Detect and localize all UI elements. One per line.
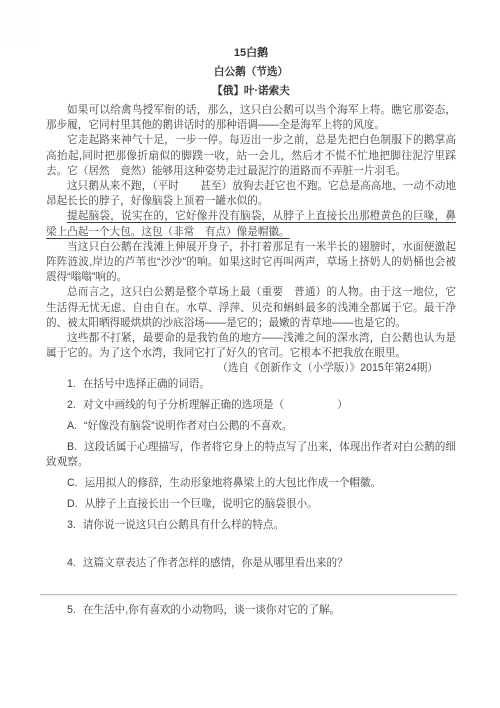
option-c: C.运用拟人的修辞，生动形象地将鼻梁上的大包比作成一个帽徽。 bbox=[46, 476, 456, 491]
question-text: 在括号中选择正确的词语。 bbox=[83, 378, 210, 390]
paragraph: 总而言之，这只白公鹅是整个草场上最（重要 普通）的人物。由于这一地位，它生活得无… bbox=[46, 285, 456, 331]
scan-corner-artifact bbox=[0, 0, 40, 46]
lesson-title: 15白鹅 bbox=[46, 46, 456, 61]
option-a: A.“好像没有脑袋”说明作者对白公鹅的不喜欢。 bbox=[46, 419, 456, 434]
article-subtitle: 白公鹅（节选） bbox=[46, 65, 456, 80]
paragraph: 这只鹅从来不跑，（平时 甚至）放狗去赶它也不跑。它总是高高地、一动不动地昂起长长… bbox=[46, 179, 456, 209]
question-5: 5.在生活中,你有喜欢的小动物吗，谈一谈你对它的了解。 bbox=[46, 603, 456, 618]
question-text: 请你说一说这只白公鹅具有什么样的特点。 bbox=[83, 519, 284, 531]
underlined-paragraph: 提起脑袋，说实在的，它好像并没有脑袋，从脖子上直接长出那橙黄色的巨喙，鼻梁上凸起… bbox=[46, 209, 456, 239]
question-text: 这篇文章表达了作者怎样的感情，你是从哪里看出来的？ bbox=[83, 557, 348, 569]
paragraph: 这些都不打紧，最要命的是我钓鱼的地方——浅滩之间的深水湾，白公鹅也认为是属于它的… bbox=[46, 331, 456, 361]
option-b: B.这段话属于心理描写，作者将它身上的特点写了出来，体现出作者对白公鹅的细致观察… bbox=[46, 440, 456, 470]
question-number: 1. bbox=[67, 378, 76, 390]
worksheet-page: 15白鹅 白公鹅（节选） 【俄】叶·诺索夫 如果可以给禽鸟授军衔的话，那么，这只… bbox=[0, 0, 500, 708]
option-letter: D. bbox=[67, 498, 78, 510]
question-4: 4.这篇文章表达了作者怎样的感情，你是从哪里看出来的？ bbox=[46, 556, 456, 571]
option-letter: C. bbox=[67, 477, 78, 489]
option-text: 从脖子上直接长出一个巨喙，说明它的脑袋很小。 bbox=[85, 498, 318, 510]
article-author: 【俄】叶·诺索夫 bbox=[46, 84, 456, 99]
paragraph: 它走起路来神气十足，一步一停。每迈出一步之前，总是先把白色制服下的鹅掌高高抬起,… bbox=[46, 133, 456, 179]
option-d: D.从脖子上直接长出一个巨喙，说明它的脑袋很小。 bbox=[46, 497, 456, 512]
question-2: 2.对文中画线的句子分析理解正确的选项是（ ） bbox=[46, 398, 456, 413]
document-content: 15白鹅 白公鹅（节选） 【俄】叶·诺索夫 如果可以给禽鸟授军衔的话，那么，这只… bbox=[46, 46, 456, 618]
option-letter: A. bbox=[67, 420, 77, 432]
question-3: 3.请你说一说这只白公鹅具有什么样的特点。 bbox=[46, 518, 456, 533]
question-text: 在生活中,你有喜欢的小动物吗，谈一谈你对它的了解。 bbox=[83, 604, 340, 616]
question-number: 3. bbox=[67, 519, 76, 531]
paragraph: 当这只白公鹅在浅滩上伸展开身子，扑打着那足有一米半长的翅膀时，水面便激起阵阵涟波… bbox=[46, 240, 456, 286]
option-text: 这段话属于心理描写，作者将它身上的特点写了出来，体现出作者对白公鹅的细致观察。 bbox=[46, 441, 456, 468]
option-text: 运用拟人的修辞，生动形象地将鼻梁上的大包比作成一个帽徽。 bbox=[85, 477, 382, 489]
question-text: 对文中画线的句子分析理解正确的选项是（ ） bbox=[83, 399, 348, 411]
answer-line bbox=[40, 594, 457, 596]
question-number: 2. bbox=[67, 399, 76, 411]
question-1: 1.在括号中选择正确的词语。 bbox=[46, 377, 456, 392]
source-citation: （选自《创新作文（小学版）》2015年第24期） bbox=[46, 361, 456, 376]
question-number: 4. bbox=[67, 557, 76, 569]
option-text: “好像没有脑袋”说明作者对白公鹅的不喜欢。 bbox=[84, 420, 292, 432]
option-letter: B. bbox=[67, 441, 77, 453]
paragraph: 如果可以给禽鸟授军衔的话，那么，这只白公鹅可以当个海军上将。瞧它那姿态，那步履，… bbox=[46, 103, 456, 133]
question-number: 5. bbox=[67, 604, 76, 616]
